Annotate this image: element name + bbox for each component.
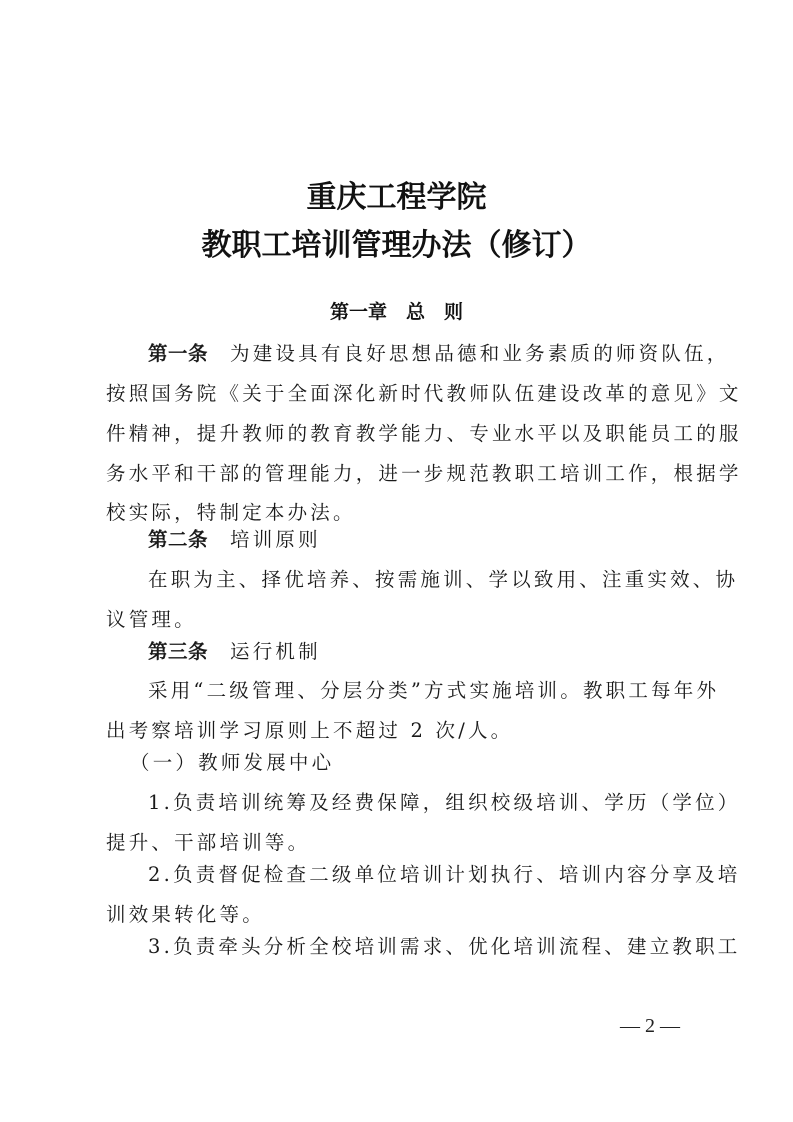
page-number: — 2 — bbox=[620, 1015, 680, 1038]
section-1-heading: （一）教师发展中心 bbox=[130, 747, 720, 775]
section-1-item: 2.负责督促检查二级单位培训计划执行、培训内容分享及培 bbox=[148, 859, 738, 887]
document-page: 重庆工程学院 教职工培训管理办法（修订） 第一章 总 则 第一条为建设具有良好思… bbox=[0, 0, 793, 1122]
article-1-line: 件精神，提升教师的教育教学能力、专业水平以及职能员工的服 bbox=[106, 418, 696, 446]
article-2-heading-line: 第二条培训原则 bbox=[148, 524, 738, 552]
article-1-line: 按照国务院《关于全面深化新时代教师队伍建设改革的意见》文 bbox=[106, 378, 696, 406]
article-3-line: 出考察培训学习原则上不超过 2 次/人。 bbox=[106, 715, 696, 743]
section-1-item: 1.负责培训统筹及经费保障，组织校级培训、学历（学位） bbox=[148, 787, 738, 815]
chapter-heading: 第一章 总 则 bbox=[0, 297, 793, 324]
article-1-label: 第一条 bbox=[148, 342, 208, 365]
article-3-heading-line: 第三条运行机制 bbox=[148, 636, 738, 664]
article-2-line: 在职为主、择优培养、按需施训、学以致用、注重实效、协 bbox=[148, 564, 738, 592]
section-1-item: 训效果转化等。 bbox=[106, 899, 696, 927]
article-2-label: 第二条 bbox=[148, 528, 208, 551]
article-1-line: 务水平和干部的管理能力，进一步规范教职工培训工作，根据学 bbox=[106, 458, 696, 486]
section-1-item: 3.负责牵头分析全校培训需求、优化培训流程、建立教职工 bbox=[148, 931, 738, 959]
document-title-line1: 重庆工程学院 bbox=[0, 172, 793, 216]
article-1-first-line: 第一条为建设具有良好思想品德和业务素质的师资队伍， bbox=[148, 338, 738, 366]
article-3-heading: 运行机制 bbox=[230, 640, 321, 663]
section-1-item: 提升、干部培训等。 bbox=[106, 827, 696, 855]
article-3-label: 第三条 bbox=[148, 640, 208, 663]
article-3-line: 采用“二级管理、分层分类”方式实施培训。教职工每年外 bbox=[148, 675, 738, 703]
article-1-line: 校实际，特制定本办法。 bbox=[106, 497, 696, 525]
article-1-text: 为建设具有良好思想品德和业务素质的师资队伍， bbox=[230, 342, 729, 365]
document-title-line2: 教职工培训管理办法（修订） bbox=[0, 220, 793, 264]
article-2-heading: 培训原则 bbox=[230, 528, 321, 551]
article-2-line: 议管理。 bbox=[106, 604, 696, 632]
